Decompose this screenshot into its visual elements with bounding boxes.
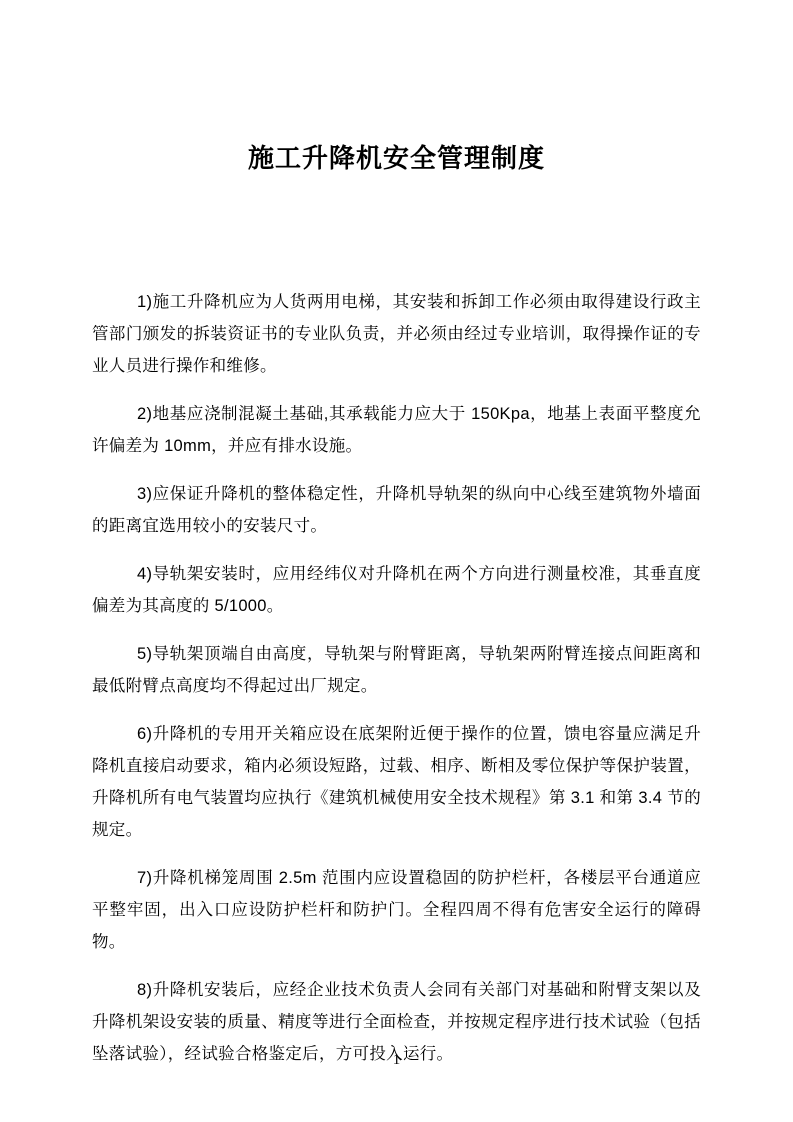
document-page: 施工升降机安全管理制度 1)施工升降机应为人货两用电梯，其安装和拆卸工作必须由取…: [0, 0, 793, 1122]
paragraph-2: 2)地基应浇制混凝土基础,其承载能力应大于 150Kpa，地基上表面平整度允许偏…: [92, 398, 701, 462]
paragraph-1: 1)施工升降机应为人货两用电梯，其安装和拆卸工作必须由取得建设行政主管部门颁发的…: [92, 286, 701, 382]
document-body: 1)施工升降机应为人货两用电梯，其安装和拆卸工作必须由取得建设行政主管部门颁发的…: [92, 286, 701, 1070]
paragraph-7: 7)升降机梯笼周围 2.5m 范围内应设置稳固的防护栏杆，各楼层平台通道应平整牢…: [92, 862, 701, 958]
paragraph-5: 5)导轨架顶端自由高度，导轨架与附臂距离，导轨架两附臂连接点间距离和最低附臂点高…: [92, 638, 701, 702]
page-title: 施工升降机安全管理制度: [0, 141, 793, 175]
paragraph-3: 3)应保证升降机的整体稳定性，升降机导轨架的纵向中心线至建筑物外墙面的距离宜选用…: [92, 478, 701, 542]
paragraph-6: 6)升降机的专用开关箱应设在底架附近便于操作的位置，馈电容量应满足升降机直接启动…: [92, 718, 701, 846]
paragraph-4: 4)导轨架安装时，应用经纬仪对升降机在两个方向进行测量校准，其垂直度偏差为其高度…: [92, 558, 701, 622]
page-number: 1: [0, 1050, 793, 1070]
